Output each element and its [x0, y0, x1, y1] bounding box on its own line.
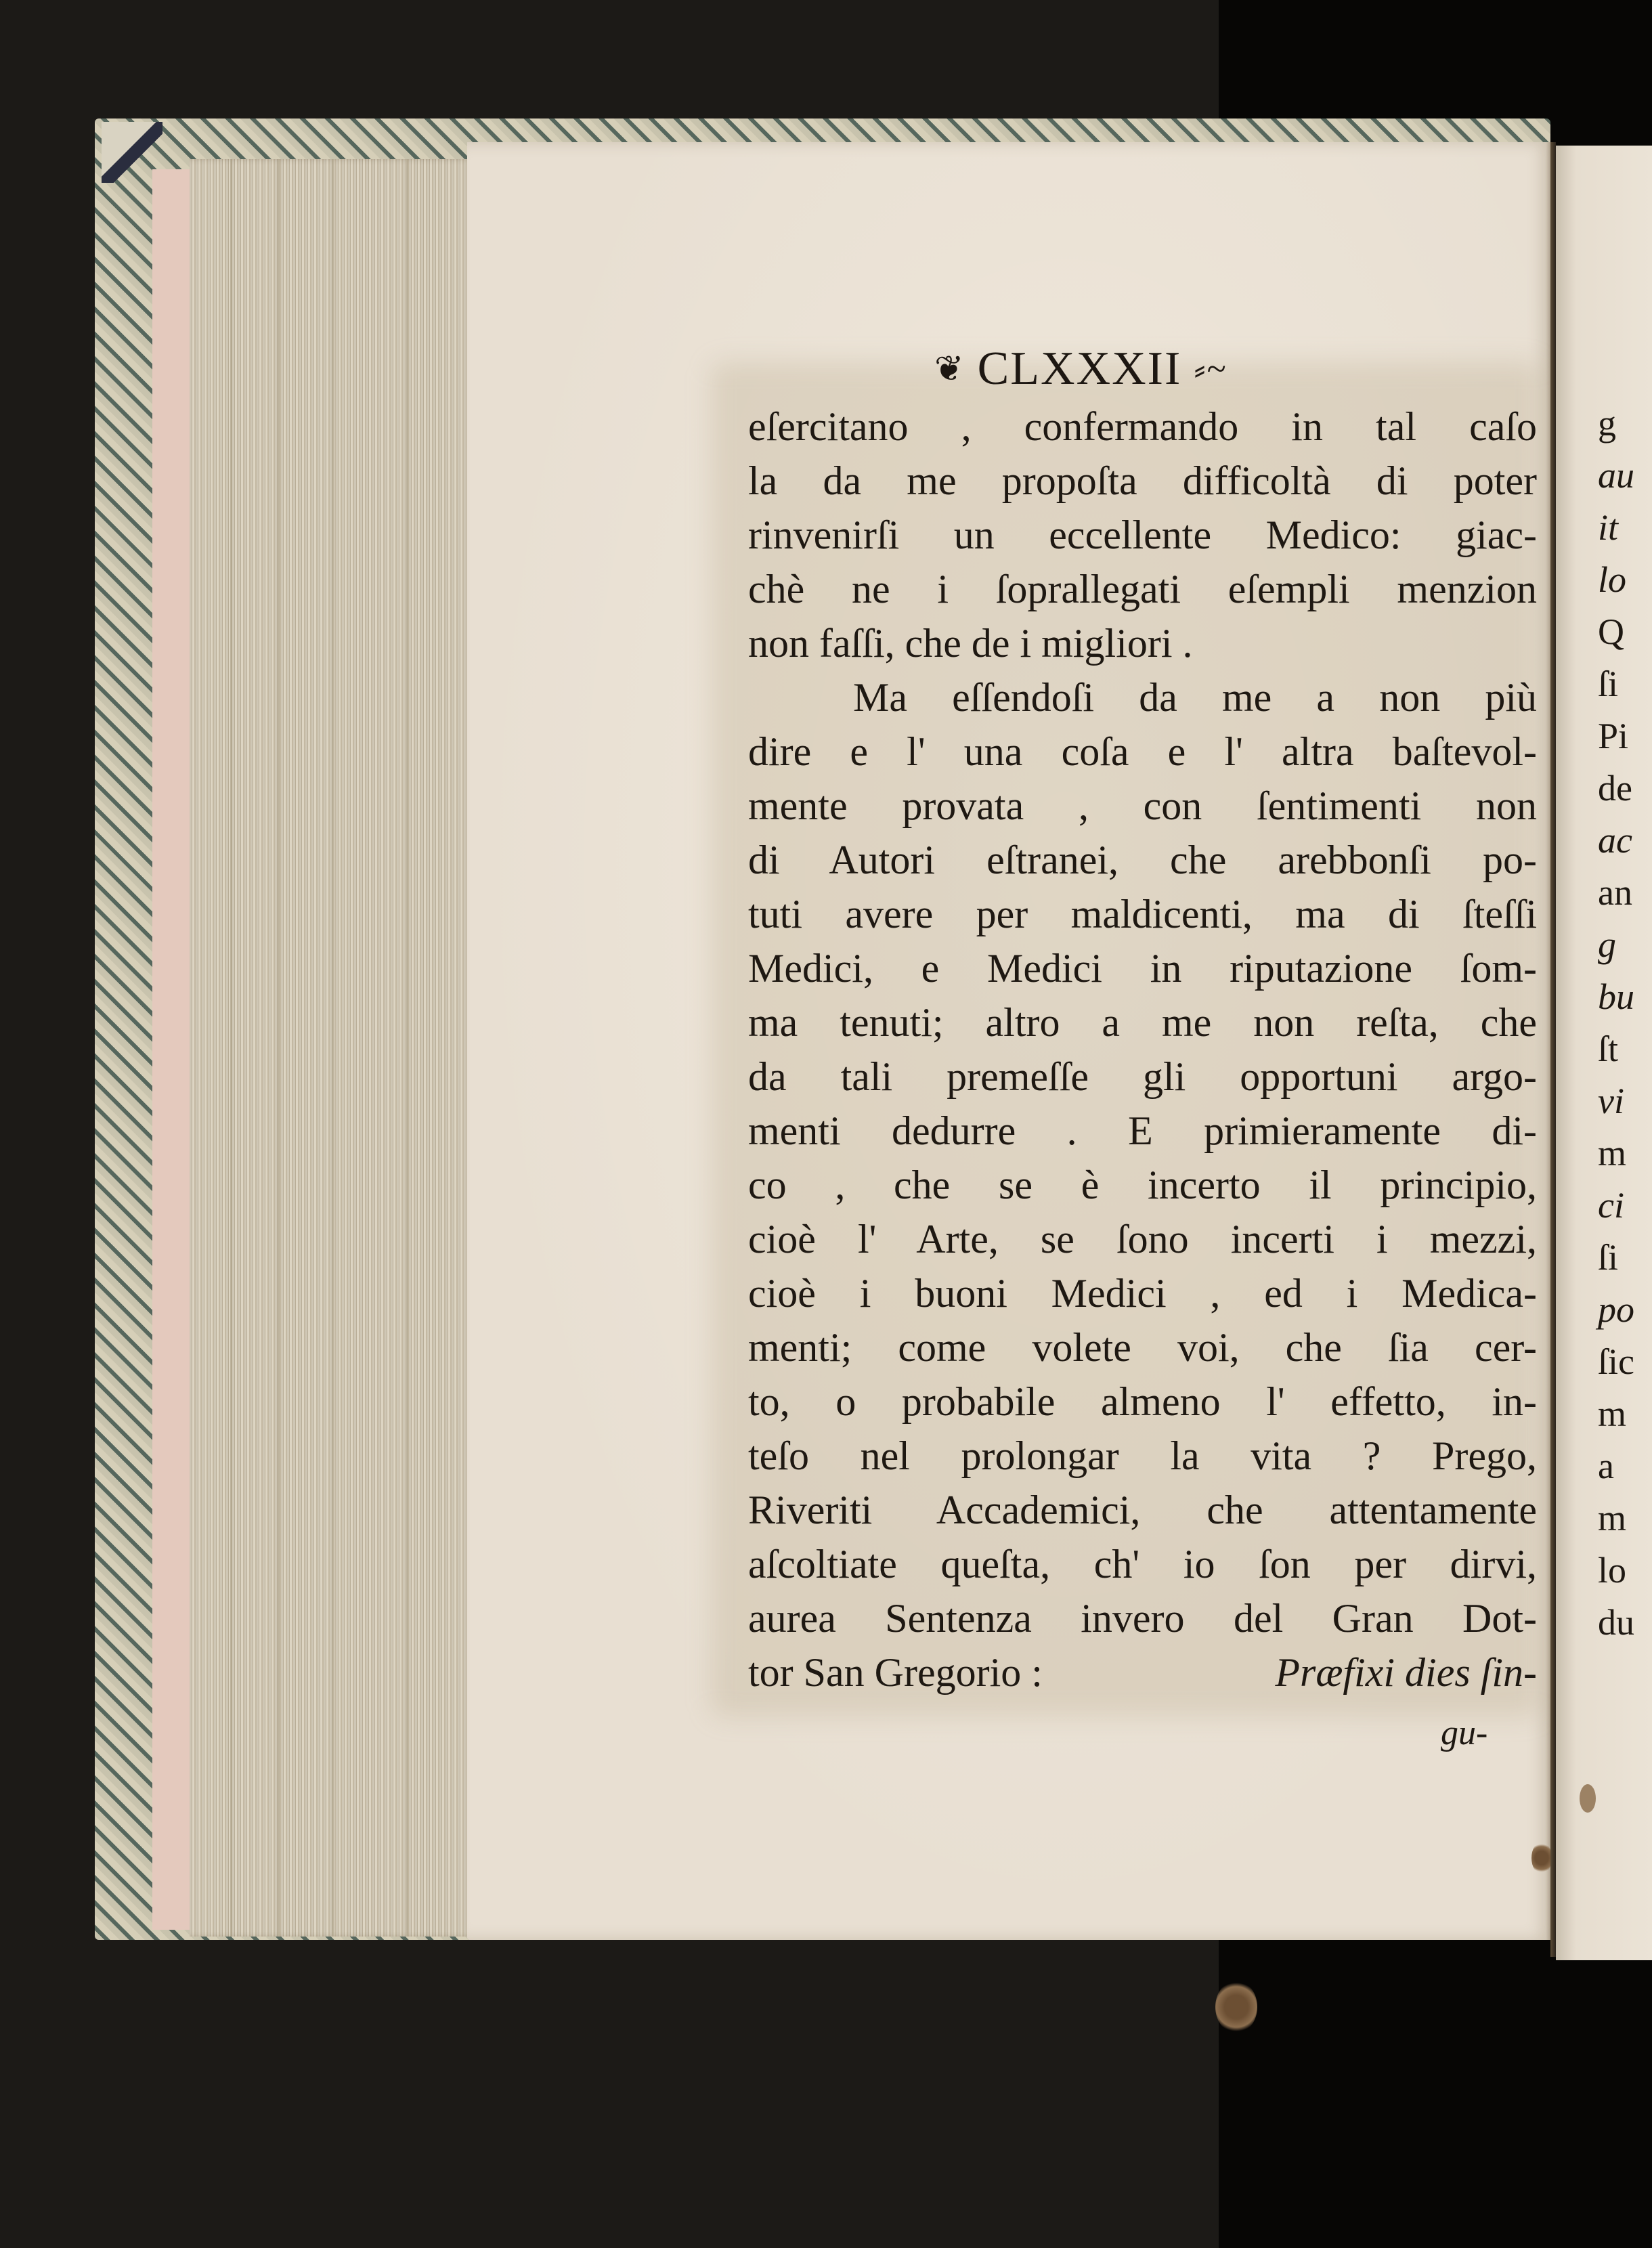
recto-line: de: [1598, 762, 1652, 815]
paragraph-start-line: Ma eſſendoſi da me a non più: [748, 670, 1537, 725]
recto-line: lo: [1598, 1544, 1652, 1597]
recto-line: a: [1598, 1440, 1652, 1492]
recto-line: ſi: [1598, 658, 1652, 710]
foxing-stain: [1531, 1842, 1552, 1874]
recto-line: it: [1598, 502, 1652, 554]
page-fore-edge: [190, 159, 474, 1937]
recto-line: vi: [1598, 1075, 1652, 1127]
recto-line: g: [1598, 397, 1652, 450]
text-line: menti; come volete voi, che ſia cer-: [748, 1320, 1537, 1375]
text-line: non faſſi, che de i migliori .: [748, 616, 1537, 670]
recto-line: ſic: [1598, 1336, 1652, 1388]
recto-line: au: [1598, 450, 1652, 502]
recto-line: m: [1598, 1492, 1652, 1544]
text-line: eſercitano , confermando in tal caſo: [748, 399, 1537, 454]
fleuron-ornament-icon: ❦: [934, 349, 965, 389]
recto-line: Q: [1598, 606, 1652, 658]
running-head: ❦ CLXXXII ⸗~: [934, 339, 1408, 399]
text-line: dire e l' una coſa e l' altra baſtevol-: [748, 725, 1537, 779]
recto-line: bu: [1598, 971, 1652, 1023]
text-line: aſcoltiate queſta, ch' io ſon per dirvi,: [748, 1537, 1537, 1591]
text-line: chè ne i ſoprallegati eſempli menzion: [748, 562, 1537, 616]
recto-line: ac: [1598, 815, 1652, 867]
latin-quote: Præfixi dies ſin-: [1275, 1645, 1537, 1700]
text-line: teſo nel prolongar la vita ? Prego,: [748, 1429, 1537, 1483]
text-line: di Autori eſtranei, che arebbonſi po-: [748, 833, 1537, 887]
text-line: tuti avere per maldicenti, ma di ſteſſi: [748, 887, 1537, 941]
text-line: aurea Sentenza invero del Gran Dot-: [748, 1591, 1537, 1645]
text-line: Riveriti Accademici, che attentamente: [748, 1483, 1537, 1537]
text-line: menti dedurre . E primieramente di-: [748, 1104, 1537, 1158]
text-line: Medici, e Medici in riputazione ſom-: [748, 941, 1537, 995]
recto-line: du: [1598, 1597, 1652, 1649]
text-line: rinvenirſi un eccellente Medico: giac-: [748, 508, 1537, 562]
text-line: cioè i buoni Medici , ed i Medica-: [748, 1266, 1537, 1320]
body-text: eſercitano , confermando in tal caſo la …: [748, 399, 1537, 1700]
recto-text-fragment: g au it lo Q ſi Pi de ac an g bu ſt vi m…: [1598, 397, 1652, 1649]
text-line-roman: tor San Gregorio :: [748, 1645, 1043, 1700]
flourish-ornament-icon: ⸗~: [1194, 349, 1227, 389]
recto-line: po: [1598, 1284, 1652, 1336]
pink-endpaper: [152, 169, 194, 1930]
recto-line: an: [1598, 867, 1652, 919]
book-gutter: [1550, 142, 1556, 1957]
recto-page-fragment: g au it lo Q ſi Pi de ac an g bu ſt vi m…: [1556, 146, 1652, 1960]
text-line: ma tenuti; altro a me non reſta, che: [748, 995, 1537, 1050]
catchword: gu-: [1441, 1713, 1487, 1753]
recto-line: ſt: [1598, 1023, 1652, 1075]
text-line: co , che se è incerto il principio,: [748, 1158, 1537, 1212]
final-text-line: tor San Gregorio : Præfixi dies ſin-: [748, 1645, 1537, 1700]
recto-line: ci: [1598, 1180, 1652, 1232]
text-line: to, o probabile almeno l' effetto, in-: [748, 1375, 1537, 1429]
text-line: da tali premeſſe gli opportuni argo-: [748, 1050, 1537, 1104]
text-line: cioè l' Arte, se ſono incerti i mezzi,: [748, 1212, 1537, 1266]
foxing-stain: [1580, 1784, 1596, 1813]
text-line: la da me propoſta difficoltà di poter: [748, 454, 1537, 508]
recto-line: m: [1598, 1388, 1652, 1440]
text-line: mente provata , con ſentimenti non: [748, 779, 1537, 833]
page-number: CLXXXII: [978, 342, 1182, 396]
recto-line: Pi: [1598, 710, 1652, 762]
recto-line: m: [1598, 1127, 1652, 1180]
foxing-stain: [1215, 1981, 1257, 2033]
recto-line: lo: [1598, 554, 1652, 606]
recto-line: g: [1598, 919, 1652, 971]
recto-line: ſi: [1598, 1232, 1652, 1284]
